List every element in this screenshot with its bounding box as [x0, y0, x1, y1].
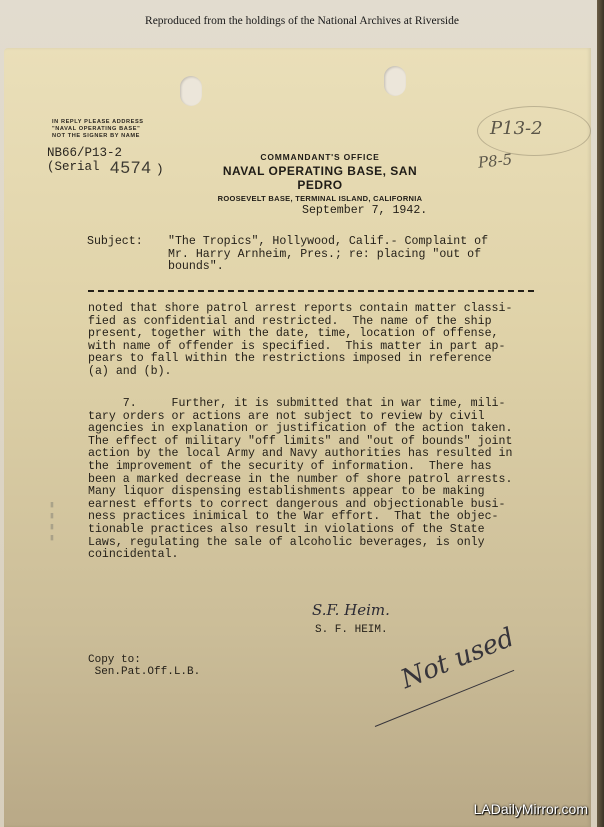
reply-line: "NAVAL OPERATING BASE" [52, 126, 144, 133]
reply-instructions: IN REPLY PLEASE ADDRESS "NAVAL OPERATING… [52, 119, 144, 140]
typed-signature: S. F. HEIM. [315, 624, 388, 637]
letterhead-office: COMMANDANT'S OFFICE [200, 152, 440, 162]
punch-hole-right [384, 66, 406, 96]
punch-hole-left [180, 76, 202, 106]
body-paragraph-7: 7. Further, it is submitted that in war … [88, 398, 512, 562]
serial-label: (Serial [47, 160, 100, 174]
archive-credit-line: Reproduced from the holdings of the Nati… [0, 15, 604, 27]
letterhead-address: ROOSEVELT BASE, TERMINAL ISLAND, CALIFOR… [200, 194, 440, 203]
serial-number-value: 4574 [110, 158, 152, 177]
faint-stamp-mark: ▮▮▮▮ [47, 500, 57, 544]
handwritten-signature: S.F. Heim. [312, 601, 390, 619]
body-paragraph-continued: noted that shore patrol arrest reports c… [88, 303, 512, 379]
reply-line: IN REPLY PLEASE ADDRESS [52, 119, 144, 126]
page-edge-shadow [597, 0, 604, 827]
letterhead-base: NAVAL OPERATING BASE, SAN PEDRO [200, 164, 440, 192]
copy-to-label: Copy to: [88, 654, 200, 666]
reply-line: NOT THE SIGNER BY NAME [52, 133, 144, 140]
subject-label: Subject: [87, 236, 143, 249]
copy-to-block: Copy to: Sen.Pat.Off.L.B. [88, 654, 200, 678]
page-break-dashes [88, 290, 534, 292]
handwritten-file-code-1: P13-2 [490, 118, 543, 139]
letter-date: September 7, 1942. [302, 205, 427, 218]
subject-text: "The Tropics", Hollywood, Calif.- Compla… [168, 236, 488, 274]
serial-close: ) [156, 162, 165, 177]
site-watermark: LADailyMirror.com [474, 801, 588, 817]
copy-to-recipient: Sen.Pat.Off.L.B. [88, 666, 200, 678]
letterhead: COMMANDANT'S OFFICE NAVAL OPERATING BASE… [200, 152, 440, 203]
serial-number: 4574) [110, 158, 165, 178]
handwritten-file-code-2: P8-5 [477, 150, 513, 171]
